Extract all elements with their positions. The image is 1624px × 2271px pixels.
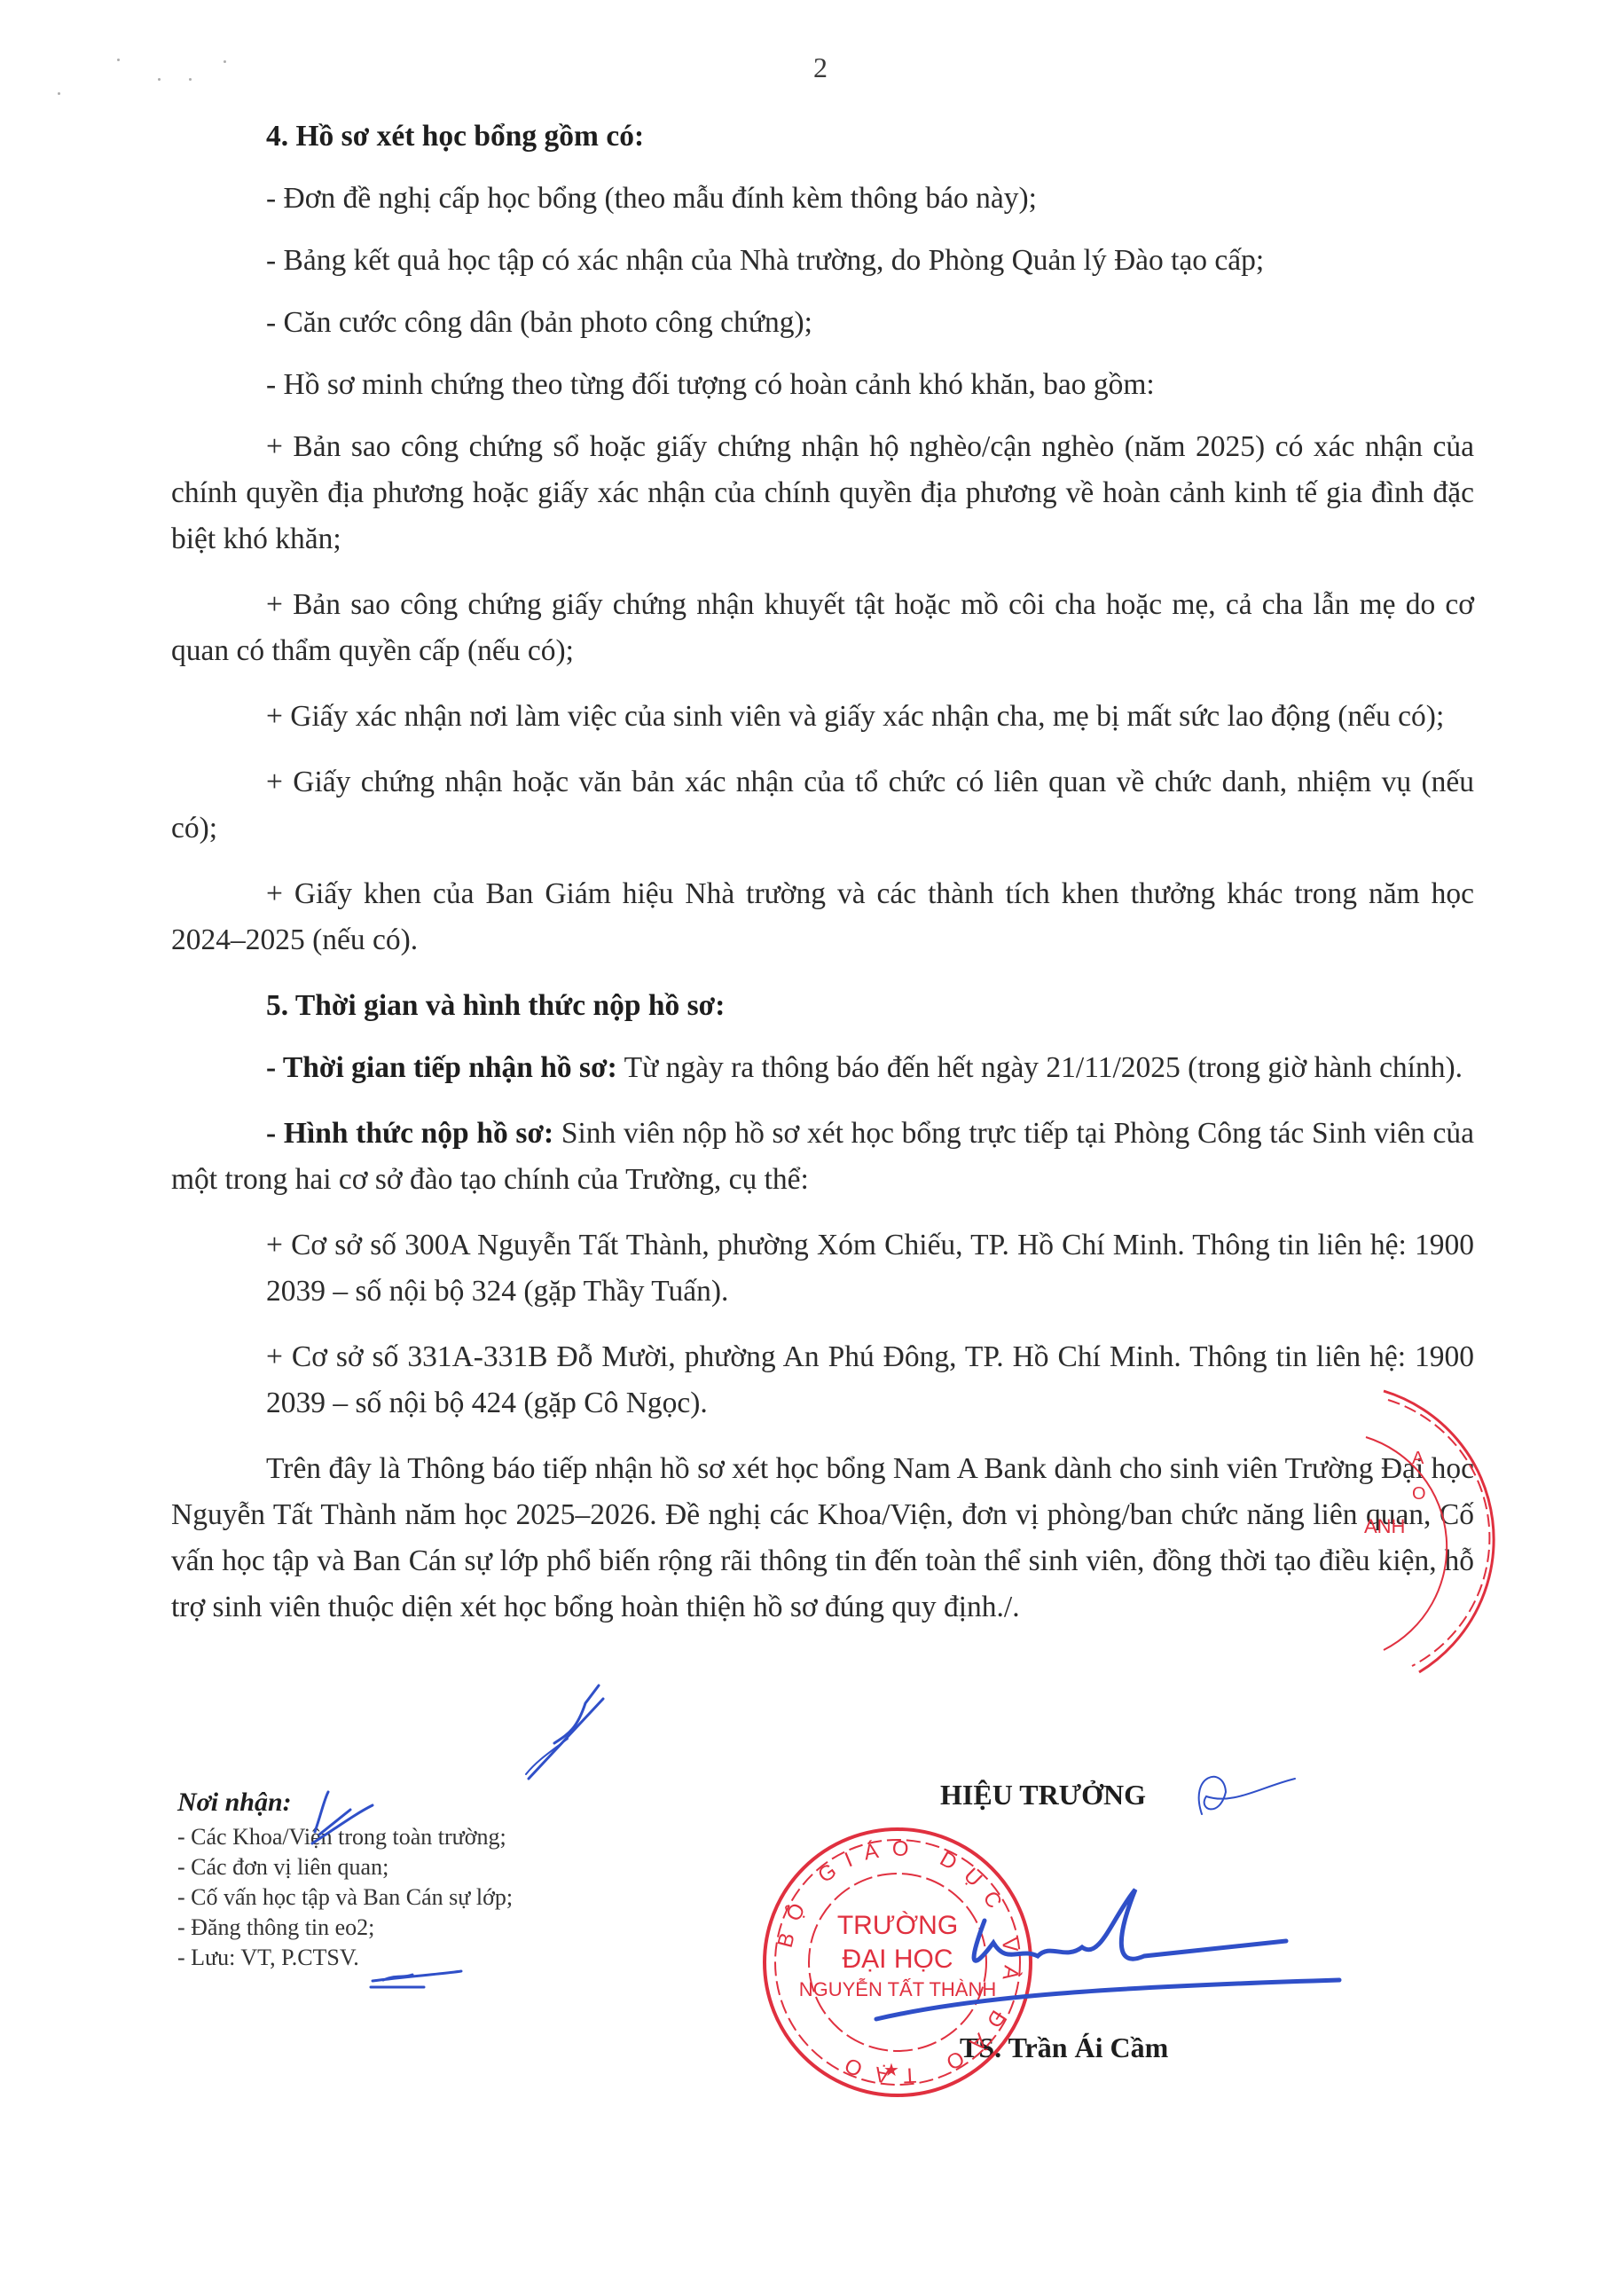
list-item: - Đơn đề nghị cấp học bổng (theo mẫu đín… xyxy=(171,176,1474,222)
sub-list-item: + Giấy chứng nhận hoặc văn bản xác nhận … xyxy=(171,759,1474,852)
signature-block: HIỆU TRƯỞNG TS. Trần Ái Cầm xyxy=(940,1779,1313,1811)
recipient-item: - Các Khoa/Viện trong toàn trường; xyxy=(177,1822,513,1852)
recipients-block: Nơi nhận: - Các Khoa/Viện trong toàn trư… xyxy=(177,1783,513,1973)
list-item: - Hồ sơ minh chứng theo từng đối tượng c… xyxy=(171,362,1474,408)
signature-icon xyxy=(876,1777,1339,2019)
submission-method-label: - Hình thức nộp hồ sơ: xyxy=(266,1117,553,1150)
submission-time: - Thời gian tiếp nhận hồ sơ: Từ ngày ra … xyxy=(171,1045,1474,1091)
submission-time-text: Từ ngày ra thông báo đến hết ngày 21/11/… xyxy=(617,1051,1463,1084)
document-page: 2 4. Hồ sơ xét học bổng gồm có: - Đơn đề… xyxy=(0,0,1624,2271)
closing-paragraph: Trên đây là Thông báo tiếp nhận hồ sơ xé… xyxy=(171,1446,1474,1631)
sub-list-item: + Bản sao công chứng sổ hoặc giấy chứng … xyxy=(171,424,1474,562)
submission-time-label: - Thời gian tiếp nhận hồ sơ: xyxy=(266,1051,617,1084)
sub-list-item: + Bản sao công chứng giấy chứng nhận khu… xyxy=(171,582,1474,674)
page-number: 2 xyxy=(813,51,828,84)
signer-role: HIỆU TRƯỞNG xyxy=(940,1779,1313,1811)
campus-item: + Cơ sở số 331A-331B Đỗ Mười, phường An … xyxy=(171,1334,1474,1426)
list-item: - Bảng kết quả học tập có xác nhận của N… xyxy=(171,238,1474,284)
svg-text:ĐẠI HỌC: ĐẠI HỌC xyxy=(842,1945,953,1974)
recipient-item: - Đăng thông tin eo2; xyxy=(177,1913,513,1943)
list-item: - Căn cước công dân (bản photo công chứn… xyxy=(171,300,1474,346)
recipient-item: - Lưu: VT, P.CTSV. xyxy=(177,1943,513,1973)
svg-text:TRƯỜNG: TRƯỜNG xyxy=(837,1911,958,1940)
section-4-heading: 4. Hồ sơ xét học bổng gồm có: xyxy=(171,114,1474,160)
svg-text:NGUYỄN TẤT THÀNH: NGUYỄN TẤT THÀNH xyxy=(799,1977,996,2000)
sub-list-item: + Giấy xác nhận nơi làm việc của sinh vi… xyxy=(171,694,1474,740)
recipient-item: - Các đơn vị liên quan; xyxy=(177,1852,513,1882)
signer-name: TS. Trần Ái Cầm xyxy=(960,2031,1168,2064)
section-5-heading: 5. Thời gian và hình thức nộp hồ sơ: xyxy=(171,983,1474,1029)
document-body: 4. Hồ sơ xét học bổng gồm có: - Đơn đề n… xyxy=(171,114,1474,1650)
sub-list-item: + Giấy khen của Ban Giám hiệu Nhà trường… xyxy=(171,871,1474,963)
svg-text:★: ★ xyxy=(883,2061,899,2080)
recipients-title: Nơi nhận: xyxy=(177,1783,513,1822)
submission-method: - Hình thức nộp hồ sơ: Sinh viên nộp hồ … xyxy=(171,1111,1474,1203)
recipient-item: - Cố vấn học tập và Ban Cán sự lớp; xyxy=(177,1882,513,1913)
campus-item: + Cơ sở số 300A Nguyễn Tất Thành, phường… xyxy=(171,1222,1474,1315)
